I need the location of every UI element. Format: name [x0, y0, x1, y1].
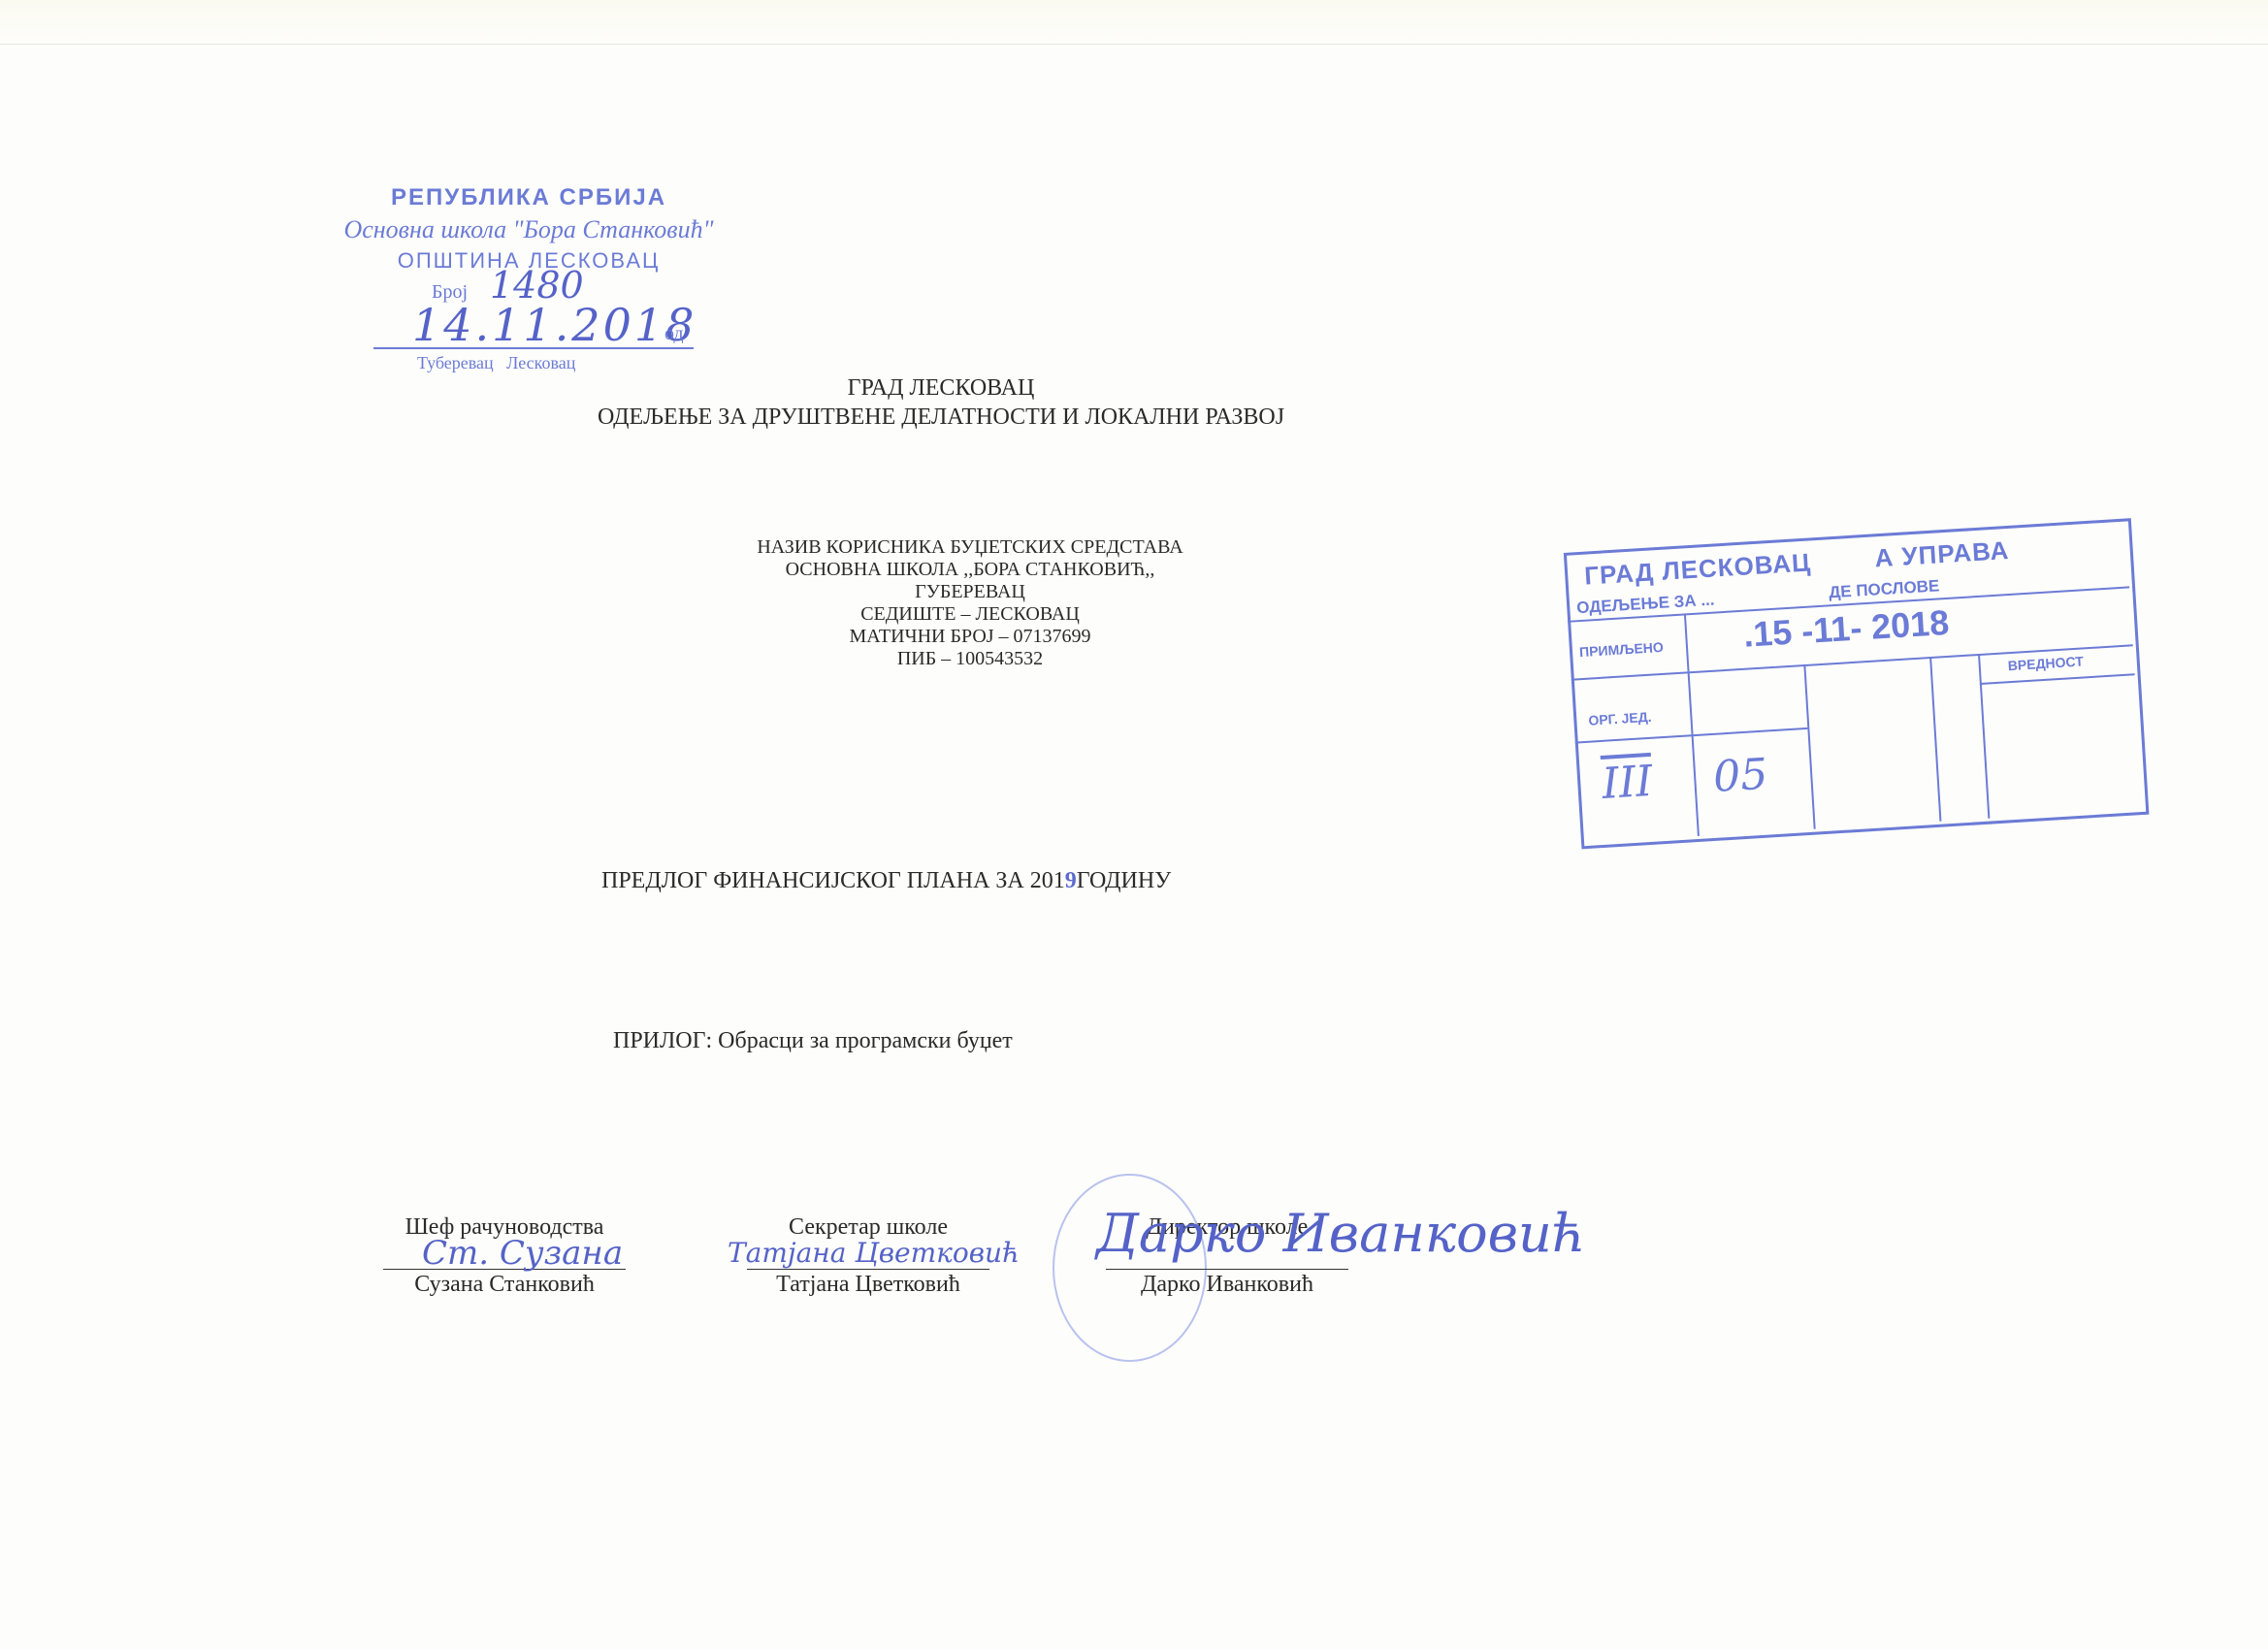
stamp-line-republic: РЕПУБЛИКА СРБИЈА: [320, 184, 737, 211]
signature-name: Дарко Иванковић: [1106, 1270, 1348, 1299]
budget-user-pib: ПИБ – 100543532: [718, 648, 1222, 670]
signature-block-accounting: Шеф рачуноводства Ст. Сузана Сузана Стан…: [383, 1212, 626, 1299]
registry-stamp: ГРАД ЛЕСКОВАЦ А УПРАВА ОДЕЉЕЊЕ ЗА ... ДЕ…: [1562, 489, 2155, 872]
school-stamp: РЕПУБЛИКА СРБИЈА Основна школа "Бора Ста…: [320, 184, 737, 378]
signature-block-secretary: Секретар школе Татјана Цветковић Татјана…: [747, 1212, 989, 1299]
budget-user-reg-number: МАТИЧНИ БРОЈ – 07137699: [718, 626, 1222, 648]
budget-user-seat: СЕДИШТЕ – ЛЕСКОВАЦ: [718, 603, 1222, 626]
budget-user-school: ОСНОВНА ШКОЛА ,,БОРА СТАНКОВИЋ,,: [718, 559, 1222, 581]
stamp-place: Туберевац Лесковац: [417, 353, 575, 373]
signature-handwriting: Ст. Сузана: [422, 1234, 623, 1273]
scan-top-edge: [0, 0, 2268, 45]
title-prefix: ПРЕДЛОГ ФИНАНСИЈСКОГ ПЛАНА ЗА 201: [601, 868, 1065, 893]
document-header: ГРАД ЛЕСКОВАЦ ОДЕЉЕЊЕ ЗА ДРУШТВЕНЕ ДЕЛАТ…: [504, 373, 1377, 432]
registry-stamp-org-handwriting: III: [1601, 757, 1654, 809]
signature-handwriting: Татјана Цветковић: [728, 1237, 1020, 1269]
stamp-date-value: 14.11.2018: [412, 299, 697, 351]
signature-name: Сузана Станковић: [383, 1270, 626, 1299]
budget-user-info: НАЗИВ КОРИСНИКА БУЏЕТСКИХ СРЕДСТАВА ОСНО…: [718, 536, 1222, 670]
title-suffix: ГОДИНУ: [1077, 868, 1171, 893]
title-year-correction: 9: [1065, 868, 1077, 893]
signature-block-director: Директор школе Дарко Иванковић Дарко Ива…: [1106, 1212, 1348, 1299]
signature-handwriting: Дарко Иванковић: [1096, 1203, 1586, 1264]
stamp-date-suffix: од: [664, 323, 684, 345]
registry-stamp-number-handwriting: 05: [1712, 750, 1769, 802]
stamp-underline: [373, 347, 694, 349]
header-city: ГРАД ЛЕСКОВАЦ: [504, 373, 1377, 403]
stamp-line-school: Основна школа "Бора Станковић": [320, 215, 737, 244]
attachment-note: ПРИЛОГ: Обрасци за програмски буџет: [613, 1026, 1013, 1055]
document-title: ПРЕДЛОГ ФИНАНСИЈСКОГ ПЛАНА ЗА 2019ГОДИНУ: [601, 866, 1319, 895]
header-department: ОДЕЉЕЊЕ ЗА ДРУШТВЕНЕ ДЕЛАТНОСТИ И ЛОКАЛН…: [504, 403, 1377, 432]
budget-user-label: НАЗИВ КОРИСНИКА БУЏЕТСКИХ СРЕДСТАВА: [718, 536, 1222, 559]
budget-user-village: ГУБЕРЕВАЦ: [718, 581, 1222, 603]
signature-name: Татјана Цветковић: [747, 1270, 989, 1299]
